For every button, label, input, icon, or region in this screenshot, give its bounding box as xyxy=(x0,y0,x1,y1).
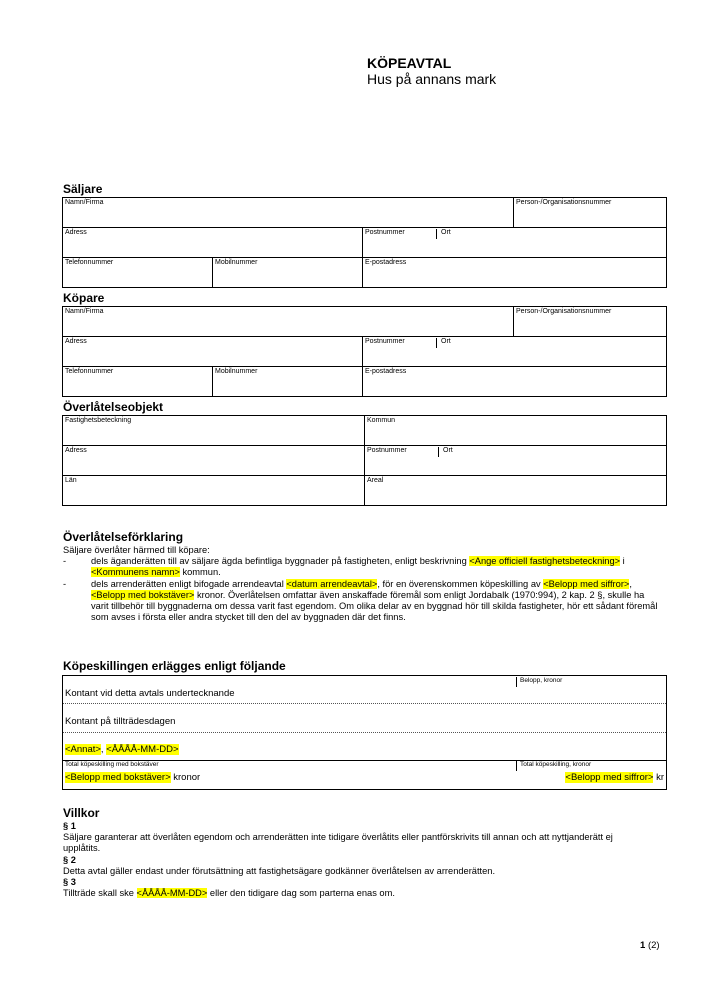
county-field[interactable]: Län xyxy=(63,476,365,506)
placeholder-other[interactable]: <Annat> xyxy=(65,744,101,755)
payment-row-other[interactable]: <Annat>, <ÅÅÅÅ-MM-DD> xyxy=(65,744,179,755)
divider xyxy=(436,229,437,239)
buyer-mobile-field[interactable]: Mobilnummer xyxy=(213,367,363,397)
divider xyxy=(438,447,439,457)
payment-row-signing[interactable]: Kontant vid detta avtals undertecknande xyxy=(65,688,235,699)
placeholder-access-date[interactable]: <ÅÅÅÅ-MM-DD> xyxy=(137,888,208,898)
seller-postal-label: Postnummer xyxy=(365,229,405,236)
object-address-field[interactable]: Adress xyxy=(63,446,365,476)
seller-phone-field[interactable]: Telefonnummer xyxy=(63,258,213,288)
bullet-dash: - xyxy=(63,556,66,567)
declaration-body: Säljare överlåter härmed till köpare: -d… xyxy=(63,545,663,623)
buyer-email-field[interactable]: E-postadress xyxy=(363,367,667,397)
page-current: 1 xyxy=(640,940,645,951)
total-amount-field[interactable]: <Belopp med siffror> kr xyxy=(565,772,664,783)
declaration-item-1: -dels äganderätten till av säljare ägda … xyxy=(63,556,663,578)
seller-mobile-label: Mobilnummer xyxy=(215,259,257,266)
buyer-postal-city-field[interactable]: PostnummerOrt xyxy=(363,337,667,367)
seller-name-field[interactable]: Namn/Firma xyxy=(63,198,514,228)
total-amount-label: Total köpeskilling, kronor xyxy=(520,761,591,768)
buyer-org-number-field[interactable]: Person-/Organisationsnummer xyxy=(514,307,667,337)
object-city-label: Ort xyxy=(443,447,453,454)
divider xyxy=(516,677,517,687)
seller-postal-city-field[interactable]: PostnummerOrt xyxy=(363,228,667,258)
county-label: Län xyxy=(65,477,77,484)
object-heading: Överlåtelseobjekt xyxy=(63,400,163,414)
item1-text: dels äganderätten till av säljare ägda b… xyxy=(91,556,469,566)
buyer-address-field[interactable]: Adress xyxy=(63,337,363,367)
seller-city-label: Ort xyxy=(441,229,451,236)
buyer-org-number-label: Person-/Organisationsnummer xyxy=(516,308,611,315)
payment-heading: Köpeskillingen erlägges enligt följande xyxy=(63,659,286,673)
item1-text: kommun. xyxy=(180,567,221,577)
declaration-intro: Säljare överlåter härmed till köpare: xyxy=(63,545,663,556)
seller-email-field[interactable]: E-postadress xyxy=(363,258,667,288)
placeholder-amount-digits[interactable]: <Belopp med siffror> xyxy=(543,579,629,589)
terms-heading: Villkor xyxy=(63,806,99,820)
seller-mobile-field[interactable]: Mobilnummer xyxy=(213,258,363,288)
item2-text: , xyxy=(629,579,632,589)
object-postal-city-field[interactable]: PostnummerOrt xyxy=(365,446,667,476)
seller-email-label: E-postadress xyxy=(365,259,406,266)
buyer-phone-label: Telefonnummer xyxy=(65,368,113,375)
seller-org-number-label: Person-/Organisationsnummer xyxy=(516,199,611,206)
item1-text: i xyxy=(620,556,625,566)
seller-name-label: Namn/Firma xyxy=(65,199,104,206)
object-address-label: Adress xyxy=(65,447,87,454)
document-title: KÖPEAVTAL xyxy=(367,55,451,71)
payment-row-access-day[interactable]: Kontant på tillträdesdagen xyxy=(65,716,175,727)
property-designation-label: Fastighetsbeteckning xyxy=(65,417,131,424)
buyer-name-field[interactable]: Namn/Firma xyxy=(63,307,514,337)
buyer-name-label: Namn/Firma xyxy=(65,308,104,315)
placeholder-total-amount[interactable]: <Belopp med siffror> xyxy=(565,772,653,783)
dotted-divider xyxy=(63,703,666,704)
seller-phone-label: Telefonnummer xyxy=(65,259,113,266)
buyer-address-label: Adress xyxy=(65,338,87,345)
seller-heading: Säljare xyxy=(63,182,102,196)
term-1-text: Säljare garanterar att överlåten egendom… xyxy=(63,832,633,854)
divider xyxy=(516,761,517,771)
payment-table: Belopp, kronor Kontant vid detta avtals … xyxy=(62,675,667,790)
seller-org-number-field[interactable]: Person-/Organisationsnummer xyxy=(514,198,667,228)
placeholder-total-words[interactable]: <Belopp med bokstäver> xyxy=(65,772,171,783)
area-field[interactable]: Areal xyxy=(365,476,667,506)
buyer-email-label: E-postadress xyxy=(365,368,406,375)
term-3-text: Tillträde skall ske <ÅÅÅÅ-MM-DD> eller d… xyxy=(63,888,663,899)
area-label: Areal xyxy=(367,477,383,484)
placeholder-lease-date[interactable]: <datum arrendeavtal> xyxy=(286,579,377,589)
dotted-divider xyxy=(63,732,666,733)
buyer-city-label: Ort xyxy=(441,338,451,345)
buyer-phone-field[interactable]: Telefonnummer xyxy=(63,367,213,397)
seller-table: Namn/Firma Person-/Organisationsnummer A… xyxy=(62,197,667,288)
page-number: 1 (2) xyxy=(640,940,660,951)
object-postal-label: Postnummer xyxy=(367,447,407,454)
seller-address-field[interactable]: Adress xyxy=(63,228,363,258)
property-designation-field[interactable]: Fastighetsbeteckning xyxy=(63,416,365,446)
object-table: Fastighetsbeteckning Kommun Adress Postn… xyxy=(62,415,667,506)
term-2-title: § 2 xyxy=(63,855,663,866)
term-3-title: § 3 xyxy=(63,877,663,888)
kr-suffix: kr xyxy=(653,772,664,783)
item2-text: dels arrenderätten enligt bifogade arren… xyxy=(91,579,286,589)
declaration-heading: Överlåtelseförklaring xyxy=(63,530,183,544)
total-words-field[interactable]: <Belopp med bokstäver> kronor xyxy=(65,772,200,783)
term3-text: Tillträde skall ske xyxy=(63,888,137,898)
declaration-item-2: -dels arrenderätten enligt bifogade arre… xyxy=(63,579,663,624)
total-words-label: Total köpeskilling med bokstäver xyxy=(65,761,159,768)
term3-text: eller den tidigare dag som parterna enas… xyxy=(207,888,395,898)
seller-address-label: Adress xyxy=(65,229,87,236)
buyer-heading: Köpare xyxy=(63,291,104,305)
placeholder-property-designation[interactable]: <Ange officiell fastighetsbeteckning> xyxy=(469,556,620,566)
placeholder-municipality[interactable]: <Kommunens namn> xyxy=(91,567,180,577)
item2-text: , för en överenskommen köpeskilling av xyxy=(377,579,543,589)
placeholder-amount-words[interactable]: <Belopp med bokstäver> xyxy=(91,590,194,600)
document-subtitle: Hus på annans mark xyxy=(367,71,496,87)
municipality-field[interactable]: Kommun xyxy=(365,416,667,446)
buyer-postal-label: Postnummer xyxy=(365,338,405,345)
placeholder-date[interactable]: <ÅÅÅÅ-MM-DD> xyxy=(106,744,178,755)
bullet-dash: - xyxy=(63,579,66,590)
kronor-suffix: kronor xyxy=(171,772,201,783)
term-1-title: § 1 xyxy=(63,821,663,832)
buyer-table: Namn/Firma Person-/Organisationsnummer A… xyxy=(62,306,667,397)
buyer-mobile-label: Mobilnummer xyxy=(215,368,257,375)
amount-column-label: Belopp, kronor xyxy=(520,677,562,684)
terms-body: § 1 Säljare garanterar att överlåten ege… xyxy=(63,821,663,899)
municipality-label: Kommun xyxy=(367,417,395,424)
term-2-text: Detta avtal gäller endast under förutsät… xyxy=(63,866,663,877)
page-total: (2) xyxy=(648,940,660,951)
divider xyxy=(436,338,437,348)
